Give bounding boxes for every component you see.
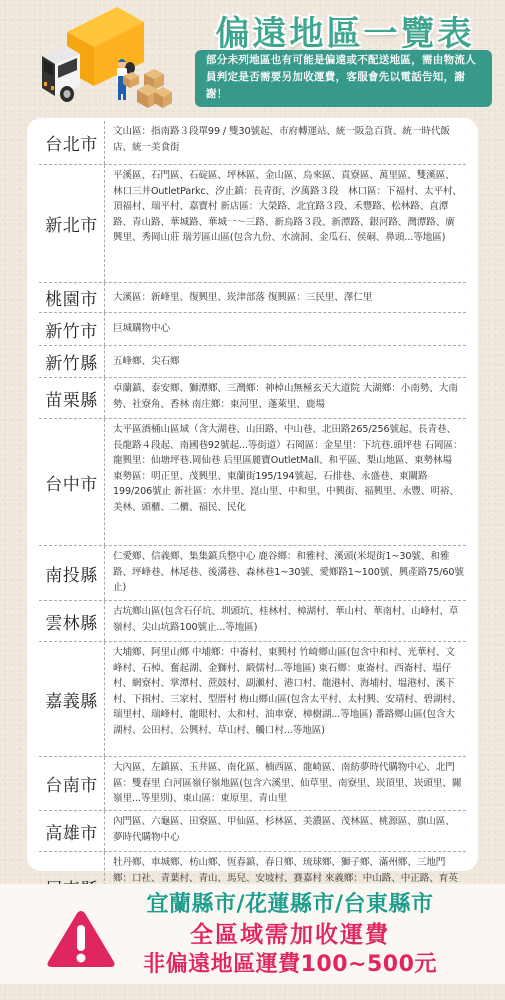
table-row: 南投縣 仁愛鄉、信義鄉、集集鎮兵整中心 鹿谷鄉：和雅村、溪頭(米堤街1~30號、… (39, 546, 466, 601)
area-list: 平溪區、石門區、石碇區、坪林區、金山區、烏來區、貢寮區、萬里區、雙溪區、林口三井… (105, 165, 466, 282)
header: 偏遠地區一覽表 部分未列地區也有可能是偏遠或不配送地區，需由物流人員判定是否需要… (0, 0, 505, 112)
city-name: 新北市 (39, 165, 105, 282)
city-name: 南投縣 (39, 546, 105, 600)
banner-regions: 宜蘭縣市/花蓮縣市/台東縣市 (120, 890, 460, 920)
table-row: 台中市 太平區酒桶山區域（含大湖巷、山田路、中山巷、北田路265/256號起、長… (39, 419, 466, 546)
table-row: 苗栗縣 卓蘭鎮、泰安鄉、獅潭鄉、三灣鄉：神棹山無極玄天大道院 大湖鄉：小南勢、大… (39, 378, 466, 419)
table-row: 新竹市 巨城購物中心 (39, 313, 466, 346)
area-list: 大埔鄉、阿里山鄉 中埔鄉：中崙村、東興村 竹崎鄉山區(包含中和村、光華村、文峰村… (105, 642, 466, 756)
delivery-truck-illustration (22, 4, 172, 112)
banner-surcharge-note: 全區域需加收運費 (120, 920, 460, 950)
table-row: 新北市 平溪區、石門區、石碇區、坪林區、金山區、烏來區、貢寮區、萬里區、雙溪區、… (39, 165, 466, 283)
city-name: 桃園市 (39, 283, 105, 312)
table-row: 嘉義縣 大埔鄉、阿里山鄉 中埔鄉：中崙村、東興村 竹崎鄉山區(包含中和村、光華村… (39, 642, 466, 757)
city-name: 台南市 (39, 757, 105, 810)
area-list: 仁愛鄉、信義鄉、集集鎮兵整中心 鹿谷鄉：和雅村、溪頭(米堤街1~30號、和雅路、… (105, 546, 466, 600)
table-row: 新竹縣 五峰鄉、尖石鄉 (39, 346, 466, 378)
table-row: 桃園市 大溪區：新峰里、復興里、崁津部落 復興區：三民里、澤仁里 (39, 283, 466, 313)
area-list: 文山區：指南路３段單99 / 雙30號起、市府轉運站、統一阪急百貨、統一時代飯店… (105, 121, 466, 164)
area-list: 古坑鄉山區(包含石仔坑、圳頭坑、桂林村、樟湖村、華山村、華南村、山峰村、草嶺村、… (105, 601, 466, 641)
shipping-fee-banner: 宜蘭縣市/花蓮縣市/台東縣市 全區域需加收運費 非偏遠地區運費100~500元 (0, 884, 505, 984)
table-row: 雲林縣 古坑鄉山區(包含石仔坑、圳頭坑、桂林村、樟湖村、華山村、華南村、山峰村、… (39, 601, 466, 642)
area-list: 巨城購物中心 (105, 313, 466, 345)
city-name: 嘉義縣 (39, 642, 105, 756)
table-row: 台北市 文山區：指南路３段單99 / 雙30號起、市府轉運站、統一阪急百貨、統一… (39, 121, 466, 165)
banner-fee-range: 非偏遠地區運費100~500元 (120, 950, 460, 980)
city-name: 新竹縣 (39, 346, 105, 377)
city-name: 苗栗縣 (39, 378, 105, 418)
remote-areas-table: 台北市 文山區：指南路３段單99 / 雙30號起、市府轉運站、統一阪急百貨、統一… (27, 118, 478, 871)
table-row: 高雄市 內門區、六龜區、田寮區、甲仙區、杉林區、美濃區、茂林區、桃源區、旗山區、… (39, 811, 466, 852)
city-name: 高雄市 (39, 811, 105, 851)
area-list: 大內區、左鎮區、玉井區、南化區、楠西區、龍崎區、南紡夢時代購物中心、北門區：雙春… (105, 757, 466, 810)
area-list: 五峰鄉、尖石鄉 (105, 346, 466, 377)
banner-text: 宜蘭縣市/花蓮縣市/台東縣市 全區域需加收運費 非偏遠地區運費100~500元 (120, 890, 460, 980)
warning-triangle-icon (45, 908, 117, 970)
table-row: 台南市 大內區、左鎮區、玉井區、南化區、楠西區、龍崎區、南紡夢時代購物中心、北門… (39, 757, 466, 811)
city-name: 台中市 (39, 419, 105, 545)
city-name: 新竹市 (39, 313, 105, 345)
city-name: 台北市 (39, 121, 105, 164)
area-list: 卓蘭鎮、泰安鄉、獅潭鄉、三灣鄉：神棹山無極玄天大道院 大湖鄉：小南勢、大南勢、社… (105, 378, 466, 418)
notice-box: 部分未列地區也有可能是偏遠或不配送地區，需由物流人員判定是否需要另加收運費，客服… (195, 50, 492, 107)
page-title: 偏遠地區一覽表 (210, 6, 480, 55)
area-list: 大溪區：新峰里、復興里、崁津部落 復興區：三民里、澤仁里 (105, 283, 466, 312)
city-name: 雲林縣 (39, 601, 105, 641)
area-list: 太平區酒桶山區域（含大湖巷、山田路、中山巷、北田路265/256號起、長青巷、長… (105, 419, 466, 545)
area-list: 內門區、六龜區、田寮區、甲仙區、杉林區、美濃區、茂林區、桃源區、旗山區、夢時代購… (105, 811, 466, 851)
